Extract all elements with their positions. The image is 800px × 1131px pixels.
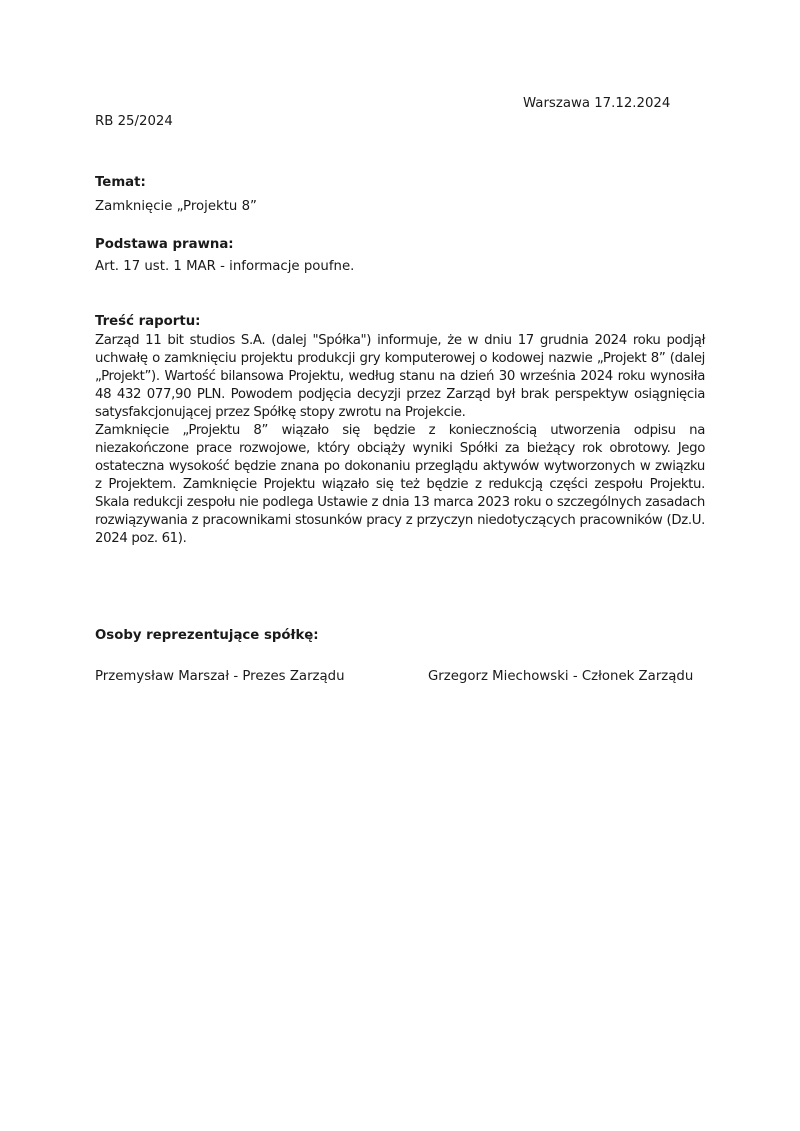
legal-basis-heading: Podstawa prawna: <box>95 236 234 254</box>
signer-president: Przemysław Marszał - Prezes Zarządu <box>95 668 345 686</box>
report-content-body: Zarząd 11 bit studios S.A. (dalej "Spółk… <box>95 332 705 548</box>
topic-text: Zamknięcie „Projektu 8” <box>95 198 257 216</box>
representatives-heading: Osoby reprezentujące spółkę: <box>95 627 319 645</box>
report-paragraph: Zarząd 11 bit studios S.A. (dalej "Spółk… <box>95 332 705 422</box>
legal-basis-text: Art. 17 ust. 1 MAR - informacje poufne. <box>95 258 354 276</box>
report-content-heading: Treść raportu: <box>95 313 201 331</box>
report-paragraph: Zamknięcie „Projektu 8” wiązało się będz… <box>95 422 705 548</box>
city-date: Warszawa 17.12.2024 <box>523 95 670 113</box>
signer-board-member: Grzegorz Miechowski - Członek Zarządu <box>428 668 693 686</box>
document-page: Warszawa 17.12.2024 RB 25/2024 Temat: Za… <box>0 0 800 1131</box>
report-number: RB 25/2024 <box>95 113 173 131</box>
topic-heading: Temat: <box>95 174 146 192</box>
